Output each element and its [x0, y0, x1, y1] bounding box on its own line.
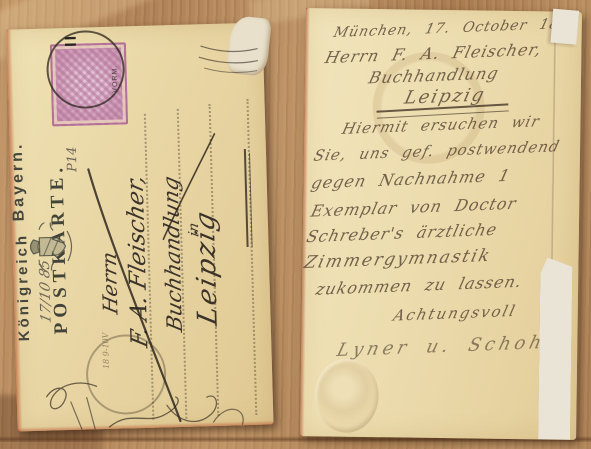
- arrival-postmark-date: 18 9-10V: [101, 332, 112, 369]
- white-tape-strip: [538, 257, 573, 439]
- address-line: F. A. Fleischer,: [122, 173, 153, 350]
- embossed-seal: [314, 358, 379, 433]
- message-dateline: München, 17. October 1885: [332, 15, 581, 41]
- address-line: Leipzig: [189, 207, 222, 328]
- postmark-duty-mark: II: [63, 34, 81, 47]
- message-line: Schreber's ärztliche: [305, 220, 500, 247]
- pencil-date-note: 17/10 85: [37, 258, 55, 324]
- postmark-time-text: VORM.: [111, 65, 120, 93]
- card-red-edge: [18, 420, 274, 431]
- message-line: Zimmergymnastik: [302, 246, 493, 273]
- signature: Lyner u. Schoh: [335, 332, 548, 361]
- message-line: gegen Nachnahme 1: [309, 166, 512, 193]
- message-line: Exemplar von Doctor: [309, 194, 519, 221]
- postcard-back: München, 17. October 1885 Herrn F. A. Fl…: [300, 8, 582, 440]
- arrival-postmark: [85, 333, 167, 415]
- lower-plank: [0, 442, 591, 449]
- message-line: zukommen zu lassen.: [314, 272, 525, 299]
- message-closing: Achtungsvoll: [392, 302, 519, 325]
- white-tape-corner: [550, 9, 579, 45]
- address-rule: [246, 99, 257, 415]
- postcard-front: II VORM. Königreich Bayern. POSTKARTE. P…: [6, 23, 273, 432]
- card-red-edge: [300, 8, 310, 436]
- card-red-edge: [6, 30, 22, 432]
- printed-kingdom-text: Königreich: [13, 233, 34, 342]
- torn-corner-patch: [226, 15, 272, 77]
- pencil-catalog-note: P14: [65, 146, 82, 172]
- printed-bavaria-text: Bayern.: [9, 141, 31, 221]
- address-line: Buchhandlung: [159, 174, 187, 334]
- photo-of-postcards: II VORM. Königreich Bayern. POSTKARTE. P…: [0, 0, 591, 449]
- address-line: Herrn: [97, 249, 121, 315]
